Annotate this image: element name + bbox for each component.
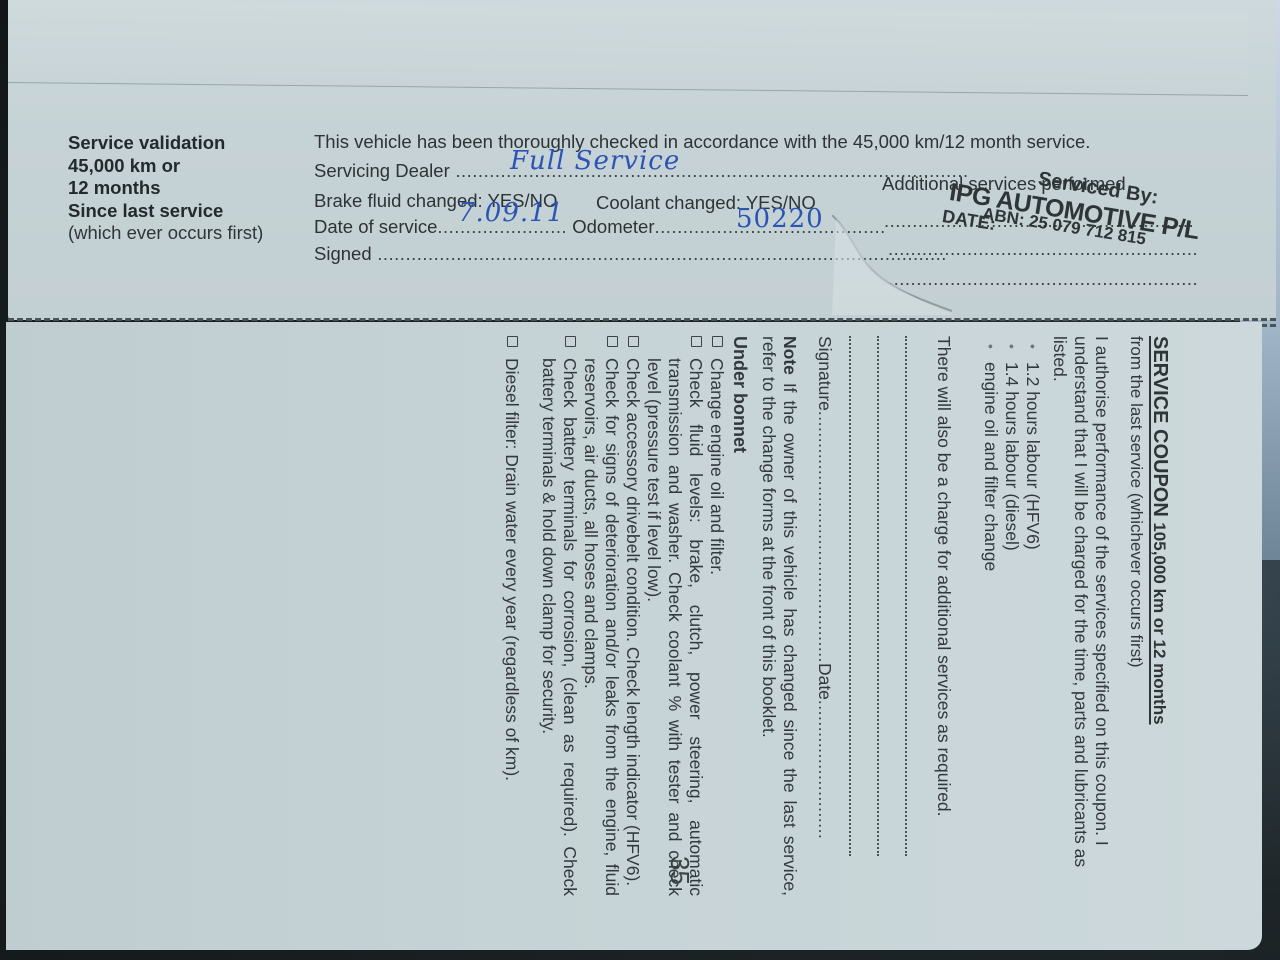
authorise-text: I authorise performance of the services … — [1049, 336, 1112, 896]
validation-months: 12 months — [68, 177, 298, 200]
perforation-line — [8, 318, 1276, 321]
lower-coupon-rotated: SERVICE COUPON 105,000 km or 12 months f… — [170, 336, 1170, 936]
checkbox-icon[interactable] — [628, 336, 639, 347]
checkbox-icon[interactable] — [691, 336, 702, 347]
signed-label: Signed — [314, 243, 372, 264]
validation-since: Since last service — [68, 200, 298, 223]
date-of-service-handwritten: 7.09.11 — [458, 198, 564, 228]
labour-item: 1.4 hours labour (diesel) — [1001, 342, 1022, 896]
coupon-title: SERVICE COUPON 105,000 km or 12 months — [1149, 336, 1170, 896]
intro-text: This vehicle has been thoroughly checked… — [314, 131, 1090, 153]
signature-row[interactable]: Signature...............................… — [814, 336, 835, 896]
coupon-subtitle: from the last service (whichever occurs … — [1126, 336, 1147, 896]
additional-charge-text: There will also be a charge for addition… — [933, 336, 954, 896]
validation-km: 45,000 km or — [68, 155, 298, 178]
note-label: Note — [780, 336, 800, 375]
labour-item: engine oil and filter change — [980, 342, 1001, 896]
under-bonnet-heading: Under bonnet — [729, 336, 750, 896]
additional-services-line[interactable] — [905, 336, 923, 856]
odometer-handwritten: 50220 — [736, 204, 824, 234]
coupon-title-text: SERVICE COUPON — [1149, 336, 1171, 517]
odometer-label: Odometer — [572, 216, 654, 237]
additional-services-line[interactable] — [849, 336, 867, 856]
checklist-item[interactable]: Check accessory drivebelt condition. Che… — [622, 336, 643, 896]
servicing-dealer-handwritten: Full Service — [510, 146, 680, 176]
labour-list: 1.2 hours labour (HFV6) 1.4 hours labour… — [980, 336, 1043, 896]
coupon-interval: 105,000 km or 12 months — [1150, 522, 1169, 724]
checklist-item[interactable]: Diesel filter: Drain water every year (r… — [501, 336, 522, 896]
under-bonnet-checklist: Change engine oil and filter. Check flui… — [501, 336, 727, 896]
checkbox-icon[interactable] — [712, 336, 723, 347]
checklist-item[interactable]: Check fluid levels: brake, clutch, power… — [643, 336, 706, 896]
checkbox-icon[interactable] — [607, 336, 618, 347]
validation-note: (which ever occurs first) — [68, 222, 263, 243]
folded-page-flap — [8, 0, 1248, 96]
owner-change-note: Note If the owner of this vehicle has ch… — [758, 336, 800, 896]
date-of-service-label: Date of service — [314, 216, 437, 237]
date-label: Date — [815, 663, 835, 700]
checkbox-icon[interactable] — [565, 336, 576, 347]
note-text: If the owner of this vehicle has changed… — [759, 336, 800, 896]
checklist-item[interactable]: Check for signs of deterioration and/or … — [580, 336, 622, 896]
checklist-item[interactable]: Check battery terminals for corrosion, (… — [538, 336, 580, 896]
servicing-dealer-label: Servicing Dealer — [314, 160, 450, 181]
service-validation-block: Service validation 45,000 km or 12 month… — [68, 132, 298, 245]
additional-services-line[interactable] — [877, 336, 895, 856]
checkbox-icon[interactable] — [507, 336, 518, 347]
page-number: 35 — [669, 856, 690, 885]
checklist-item[interactable]: Change engine oil and filter. — [706, 336, 727, 896]
torn-paper-edge — [832, 215, 952, 315]
labour-item: 1.2 hours labour (HFV6) — [1022, 342, 1043, 896]
validation-title: Service validation — [68, 132, 298, 155]
signature-label: Signature — [815, 336, 835, 411]
